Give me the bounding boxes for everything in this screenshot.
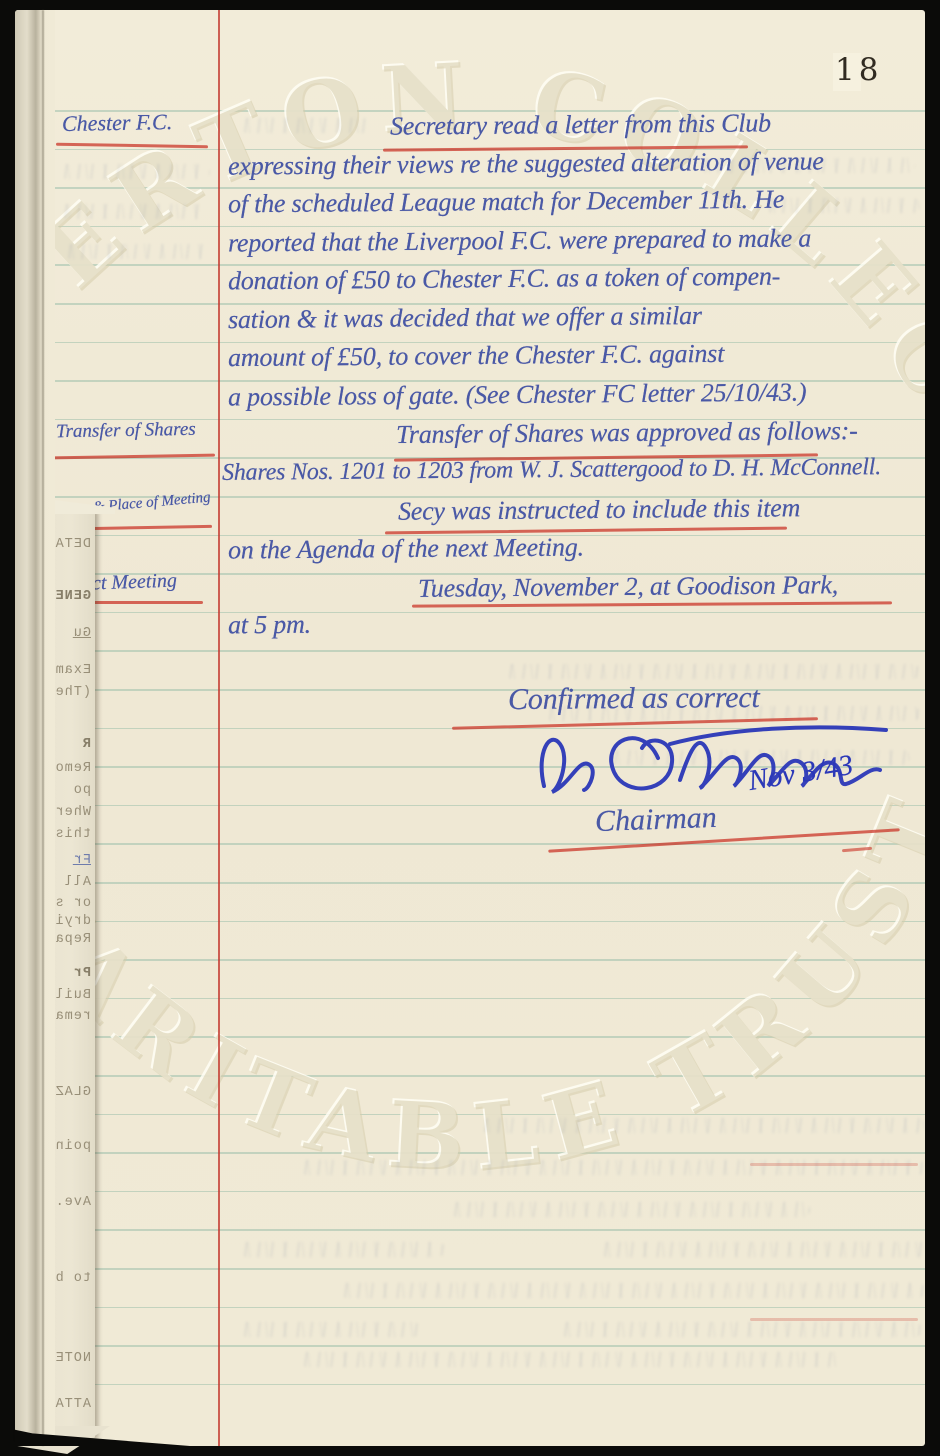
handwritten-line: sation & it was decided that we offer a …: [228, 301, 702, 335]
bleed-through-line: [60, 204, 208, 219]
ruled-line: [15, 1114, 925, 1116]
handwritten-line: Tuesday, November 2, at Goodison Park,: [418, 570, 838, 604]
ruled-line: [15, 1345, 925, 1347]
bleed-through-line: [340, 1283, 925, 1298]
bleed-through-line: [240, 1242, 445, 1257]
bleed-through-line: [450, 1202, 810, 1217]
handwritten-line: amount of £50, to cover the Chester F.C.…: [228, 339, 724, 373]
ruled-line: [15, 959, 925, 961]
bleed-through-line: [765, 198, 920, 213]
bleed-through-line: [560, 1322, 922, 1337]
handwritten-line: donation of £50 to Chester F.C. as a tok…: [228, 262, 780, 297]
bleed-through-line: [240, 1322, 420, 1337]
red-underline: [56, 143, 208, 148]
ruled-line: [15, 998, 925, 1000]
ruled-line: [15, 650, 925, 652]
red-underline: [83, 601, 203, 604]
red-underline: [86, 525, 212, 530]
handwritten-line: at 5 pm.: [228, 610, 311, 641]
binding-edge-line: [42, 10, 44, 1446]
bleed-through-line: [64, 244, 208, 259]
red-margin-rule: [218, 10, 220, 1446]
ruled-line: [15, 1384, 925, 1386]
page-number: 18: [835, 52, 882, 88]
ruled-line: [15, 612, 925, 614]
red-underline: [385, 527, 787, 535]
ruled-line: [15, 1075, 925, 1077]
handwritten-line: of the scheduled League match for Decemb…: [228, 185, 784, 220]
chairman-label: Chairman: [594, 801, 717, 839]
svg-text:THE EVERTON COLLECTION: THE EVERTON COLLECTION: [15, 10, 925, 662]
red-underline: [750, 1163, 918, 1166]
ruled-line: [15, 921, 925, 923]
ruled-line: [15, 843, 925, 845]
margin-note: Chester F.C.: [62, 109, 173, 137]
minute-book-page: THE EVERTON COLLECTION THE EVERTON COLLE…: [15, 10, 925, 1446]
ruled-line: [15, 1268, 925, 1270]
watermark-top-arc: THE EVERTON COLLECTION: [15, 10, 925, 662]
bleed-through-line: [480, 1118, 925, 1133]
handwritten-line: Secretary read a letter from this Club: [390, 108, 771, 141]
binding-edge: [15, 10, 55, 1446]
red-underline: [750, 1318, 918, 1321]
ruled-line: [15, 1036, 925, 1038]
handwritten-line: on the Agenda of the next Meeting.: [228, 532, 584, 565]
margin-note: ct Meeting: [92, 570, 178, 596]
handwritten-line: expressing their views re the suggested …: [228, 146, 824, 181]
handwritten-line: a possible loss of gate. (See Chester FC…: [228, 377, 807, 412]
bleed-through-line: [600, 1242, 928, 1257]
handwritten-line: Secy was instructed to include this item: [398, 493, 800, 527]
bleed-through-line: [505, 664, 920, 679]
ruled-line: [15, 1191, 925, 1193]
ruled-line: [15, 1229, 925, 1231]
ruled-line: [15, 1152, 925, 1154]
handwritten-line: reported that the Liverpool F.C. were pr…: [228, 223, 811, 258]
red-underline: [842, 847, 872, 852]
margin-note: Transfer of Shares: [56, 419, 196, 443]
bleed-through-line: [240, 118, 370, 133]
bleed-through-line: [300, 1352, 840, 1367]
bleed-through-line: [60, 164, 210, 179]
handwritten-line: Transfer of Shares was approved as follo…: [396, 416, 858, 450]
ruled-line: [15, 882, 925, 884]
ruled-line: [15, 1307, 925, 1309]
ruled-line: [15, 689, 925, 691]
